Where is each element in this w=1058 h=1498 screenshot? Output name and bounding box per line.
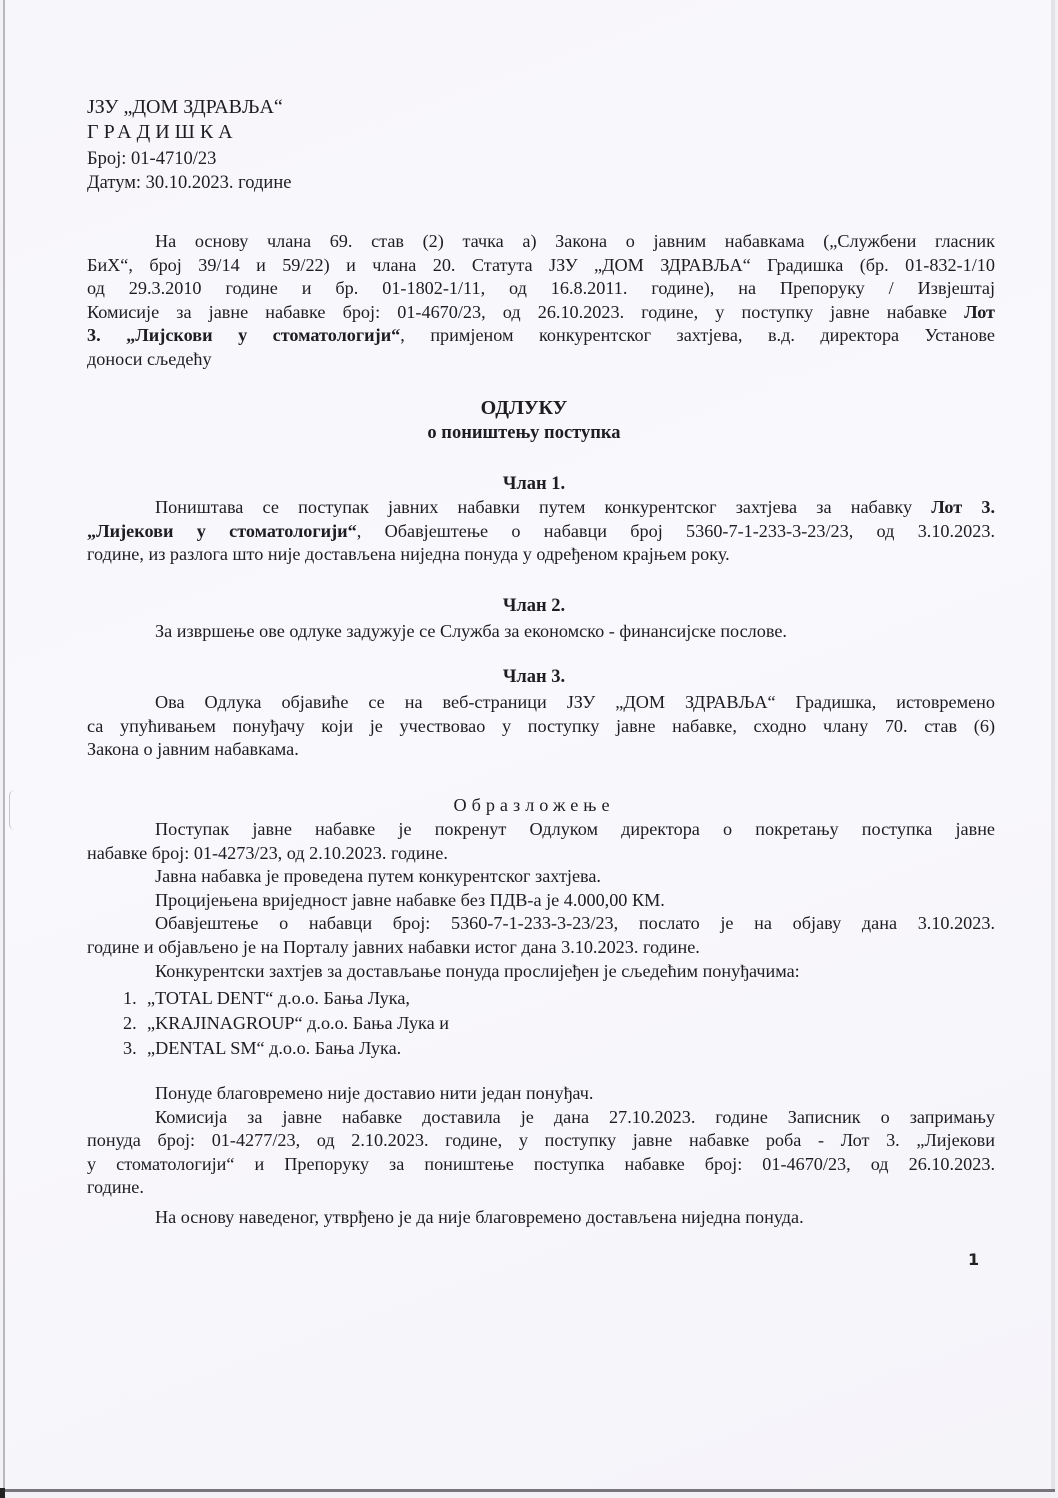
decision-subtitle: о поништењу поступка	[0, 423, 1053, 444]
article-1-heading: Члан 1.	[5, 474, 1058, 495]
decision-title: ОДЛУКУ	[0, 397, 1053, 420]
article-1-body: Поништава се поступак јавних набавки пут…	[87, 496, 995, 567]
lot-name: 3. „Лијскови у стоматологији“	[87, 325, 400, 345]
document-page: ЈЗУ „ДОМ ЗДРАВЉА“ ГРАДИШКА Број: 01-4710…	[3, 0, 1055, 1492]
lot-label: Лот	[964, 302, 995, 322]
preamble-line: БиХ“, број 39/14 и 59/22) и члана 20. Ст…	[87, 254, 995, 278]
explanation-body: Поступак јавне набавке је покренут Одлук…	[87, 818, 995, 983]
preamble-line: од 29.3.2010 године и бр. 01-1802-1/11, …	[87, 277, 995, 301]
institution-city: ГРАДИШКА	[87, 121, 238, 143]
list-item: 2.„KRAJINAGROUP“ д.о.о. Бања Лука и	[123, 1011, 449, 1036]
bidders-list: 1.„TOTAL DENT“ д.о.о. Бања Лука, 2.„KRAJ…	[123, 986, 449, 1061]
article-2-heading: Члан 2.	[5, 596, 1058, 617]
page-number: 1	[968, 1250, 979, 1269]
scan-edge-mark	[9, 790, 16, 830]
list-item: 3.„DENTAL SM“ д.о.о. Бања Лука.	[123, 1036, 449, 1061]
preamble-line: 3. „Лијскови у стоматологији“, примјеном…	[87, 324, 995, 348]
institution-name: ЈЗУ „ДОМ ЗДРАВЉА“	[87, 96, 283, 118]
preamble-line: доноси сљедећу	[87, 348, 995, 372]
article-3-heading: Члан 3.	[5, 667, 1058, 688]
preamble-line: Комисије за јавне набавке број: 01-4670/…	[87, 301, 995, 325]
document-date: Датум: 30.10.2023. године	[87, 172, 291, 194]
explanation-heading: Образложење	[5, 795, 1058, 816]
scan-corner-mark	[0, 1488, 5, 1498]
document-number: Број: 01-4710/23	[87, 148, 216, 170]
article-2-body: За извршење ове одлуке задужује се Служб…	[87, 620, 995, 644]
list-item: 1.„TOTAL DENT“ д.о.о. Бања Лука,	[123, 986, 449, 1011]
article-3-body: Ова Одлука објавиће се на веб-страници Ј…	[87, 691, 995, 762]
preamble-line: На основу члана 69. став (2) тачка а) За…	[87, 230, 995, 254]
preamble: На основу члана 69. став (2) тачка а) За…	[87, 230, 995, 372]
explanation-conclusion: Понуде благовремено није доставио нити ј…	[87, 1082, 995, 1230]
